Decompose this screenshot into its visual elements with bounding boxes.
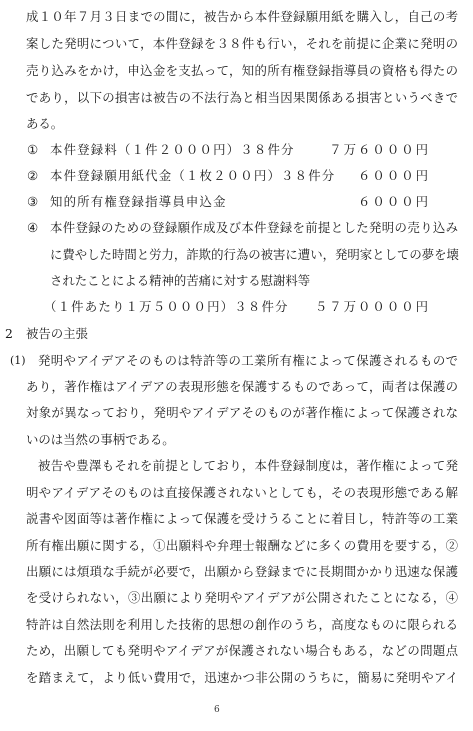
damages-item-amount: ５７万００００円 — [315, 299, 430, 315]
damages-item-marker: ③ — [27, 194, 38, 210]
damages-item-label-line-3: されたことによる精神的苦痛に対する慰謝料等 — [50, 273, 310, 289]
subsection-1-para-2-line-2: 明やアイデアそのものは直接保護されないとしても，その表現形態である解 — [26, 485, 458, 501]
subsection-1-para-1-line-4: いのは当然の事柄である。 — [26, 432, 175, 448]
damages-item-marker: ④ — [27, 220, 38, 236]
subsection-1-para-2-line-3: 説書や図面等は著作権によって保護を受けうることに着目し，特許等の工業 — [26, 511, 458, 527]
subsection-1-para-2-line-5: 出願には煩瑣な手続が必要で，出願から登録までに長期間かかり迅速な保護 — [26, 564, 458, 580]
subsection-1-para-2-line-8: ため，出願しても発明やアイデアが保護されない場合もある，などの問題点 — [26, 643, 458, 659]
damages-item-amount: ６０００円 — [358, 168, 430, 184]
subsection-1-para-1-line-2: あり，著作権はアイデアの表現形態を保護するものであって，両者は保護の — [26, 379, 458, 395]
intro-line-4: であり，以下の損害は被告の不法行為と相当因果関係ある損害というべきで — [26, 90, 458, 106]
page-number: 6 — [214, 705, 220, 715]
damages-item-marker: ① — [27, 142, 38, 158]
damages-item-marker: ② — [27, 168, 38, 184]
document-page: 成１０年７月３日までの間に，被告から本件登録願用紙を購入し，自己の考 案した発明… — [0, 0, 473, 731]
damages-item-label-line-2: に費やした時間と労力，詐欺的行為の被害に遭い，発明家としての夢を壊 — [50, 247, 458, 263]
intro-line-5: ある。 — [26, 116, 63, 132]
subsection-1-para-2-line-9: を踏まえて，より低い費用で，迅速かつ非公開のうちに，簡易に発明やアイ — [26, 670, 458, 686]
intro-line-1: 成１０年７月３日までの間に，被告から本件登録願用紙を購入し，自己の考 — [26, 9, 458, 25]
subsection-1-para-2-line-7: 特許は自然法則を利用した技術的思想の創作のうち，高度なものに限られる — [26, 617, 458, 633]
subsection-1-para-1-line-3: 対象が異なっており，発明やアイデアそのものが著作権によって保護されな — [26, 405, 458, 421]
damages-item-label-line-4: （１件あたり１万５０００円）３８件分 — [44, 299, 289, 315]
subsection-1-para-2-line-1: 被告や豊澤もそれを前提としており，本件登録制度は，著作権によって発 — [38, 458, 458, 474]
subsection-1-para-2-line-4: 所有権出願に関する，①出願料や弁理士報酬などに多くの費用を要する，② — [26, 538, 458, 554]
intro-line-2: 案した発明について，本件登録を３８件も行い，それを前提に企業に発明の — [26, 36, 458, 52]
damages-item-label: 本件登録料（１件２０００円）３８件分 — [50, 142, 295, 158]
damages-item-label: 本件登録願用紙代金（１枚２００円）３８件分 — [50, 168, 335, 184]
damages-item-amount: ６０００円 — [358, 194, 430, 210]
subsection-marker: (1) — [10, 353, 26, 369]
damages-item-label: 知的所有権登録指導員申込金 — [50, 194, 227, 210]
subsection-1-para-2-line-6: を受けられない，③出願により発明やアイデアが公開されたことになる，④ — [26, 590, 458, 606]
subsection-1-para-1-line-1: 発明やアイデアそのものは特許等の工業所有権によって保護されるもので — [38, 353, 458, 369]
intro-line-3: 売り込みをかけ，申込金を支払って，知的所有権登録指導員の資格も得たの — [26, 63, 458, 79]
damages-item-label-line-1: 本件登録のための登録願作成及び本件登録を前提とした発明の売り込み — [50, 220, 458, 236]
damages-item-amount: ７万６０００円 — [329, 142, 430, 158]
section-number: 2 — [5, 326, 13, 342]
section-title: 被告の主張 — [26, 326, 88, 342]
